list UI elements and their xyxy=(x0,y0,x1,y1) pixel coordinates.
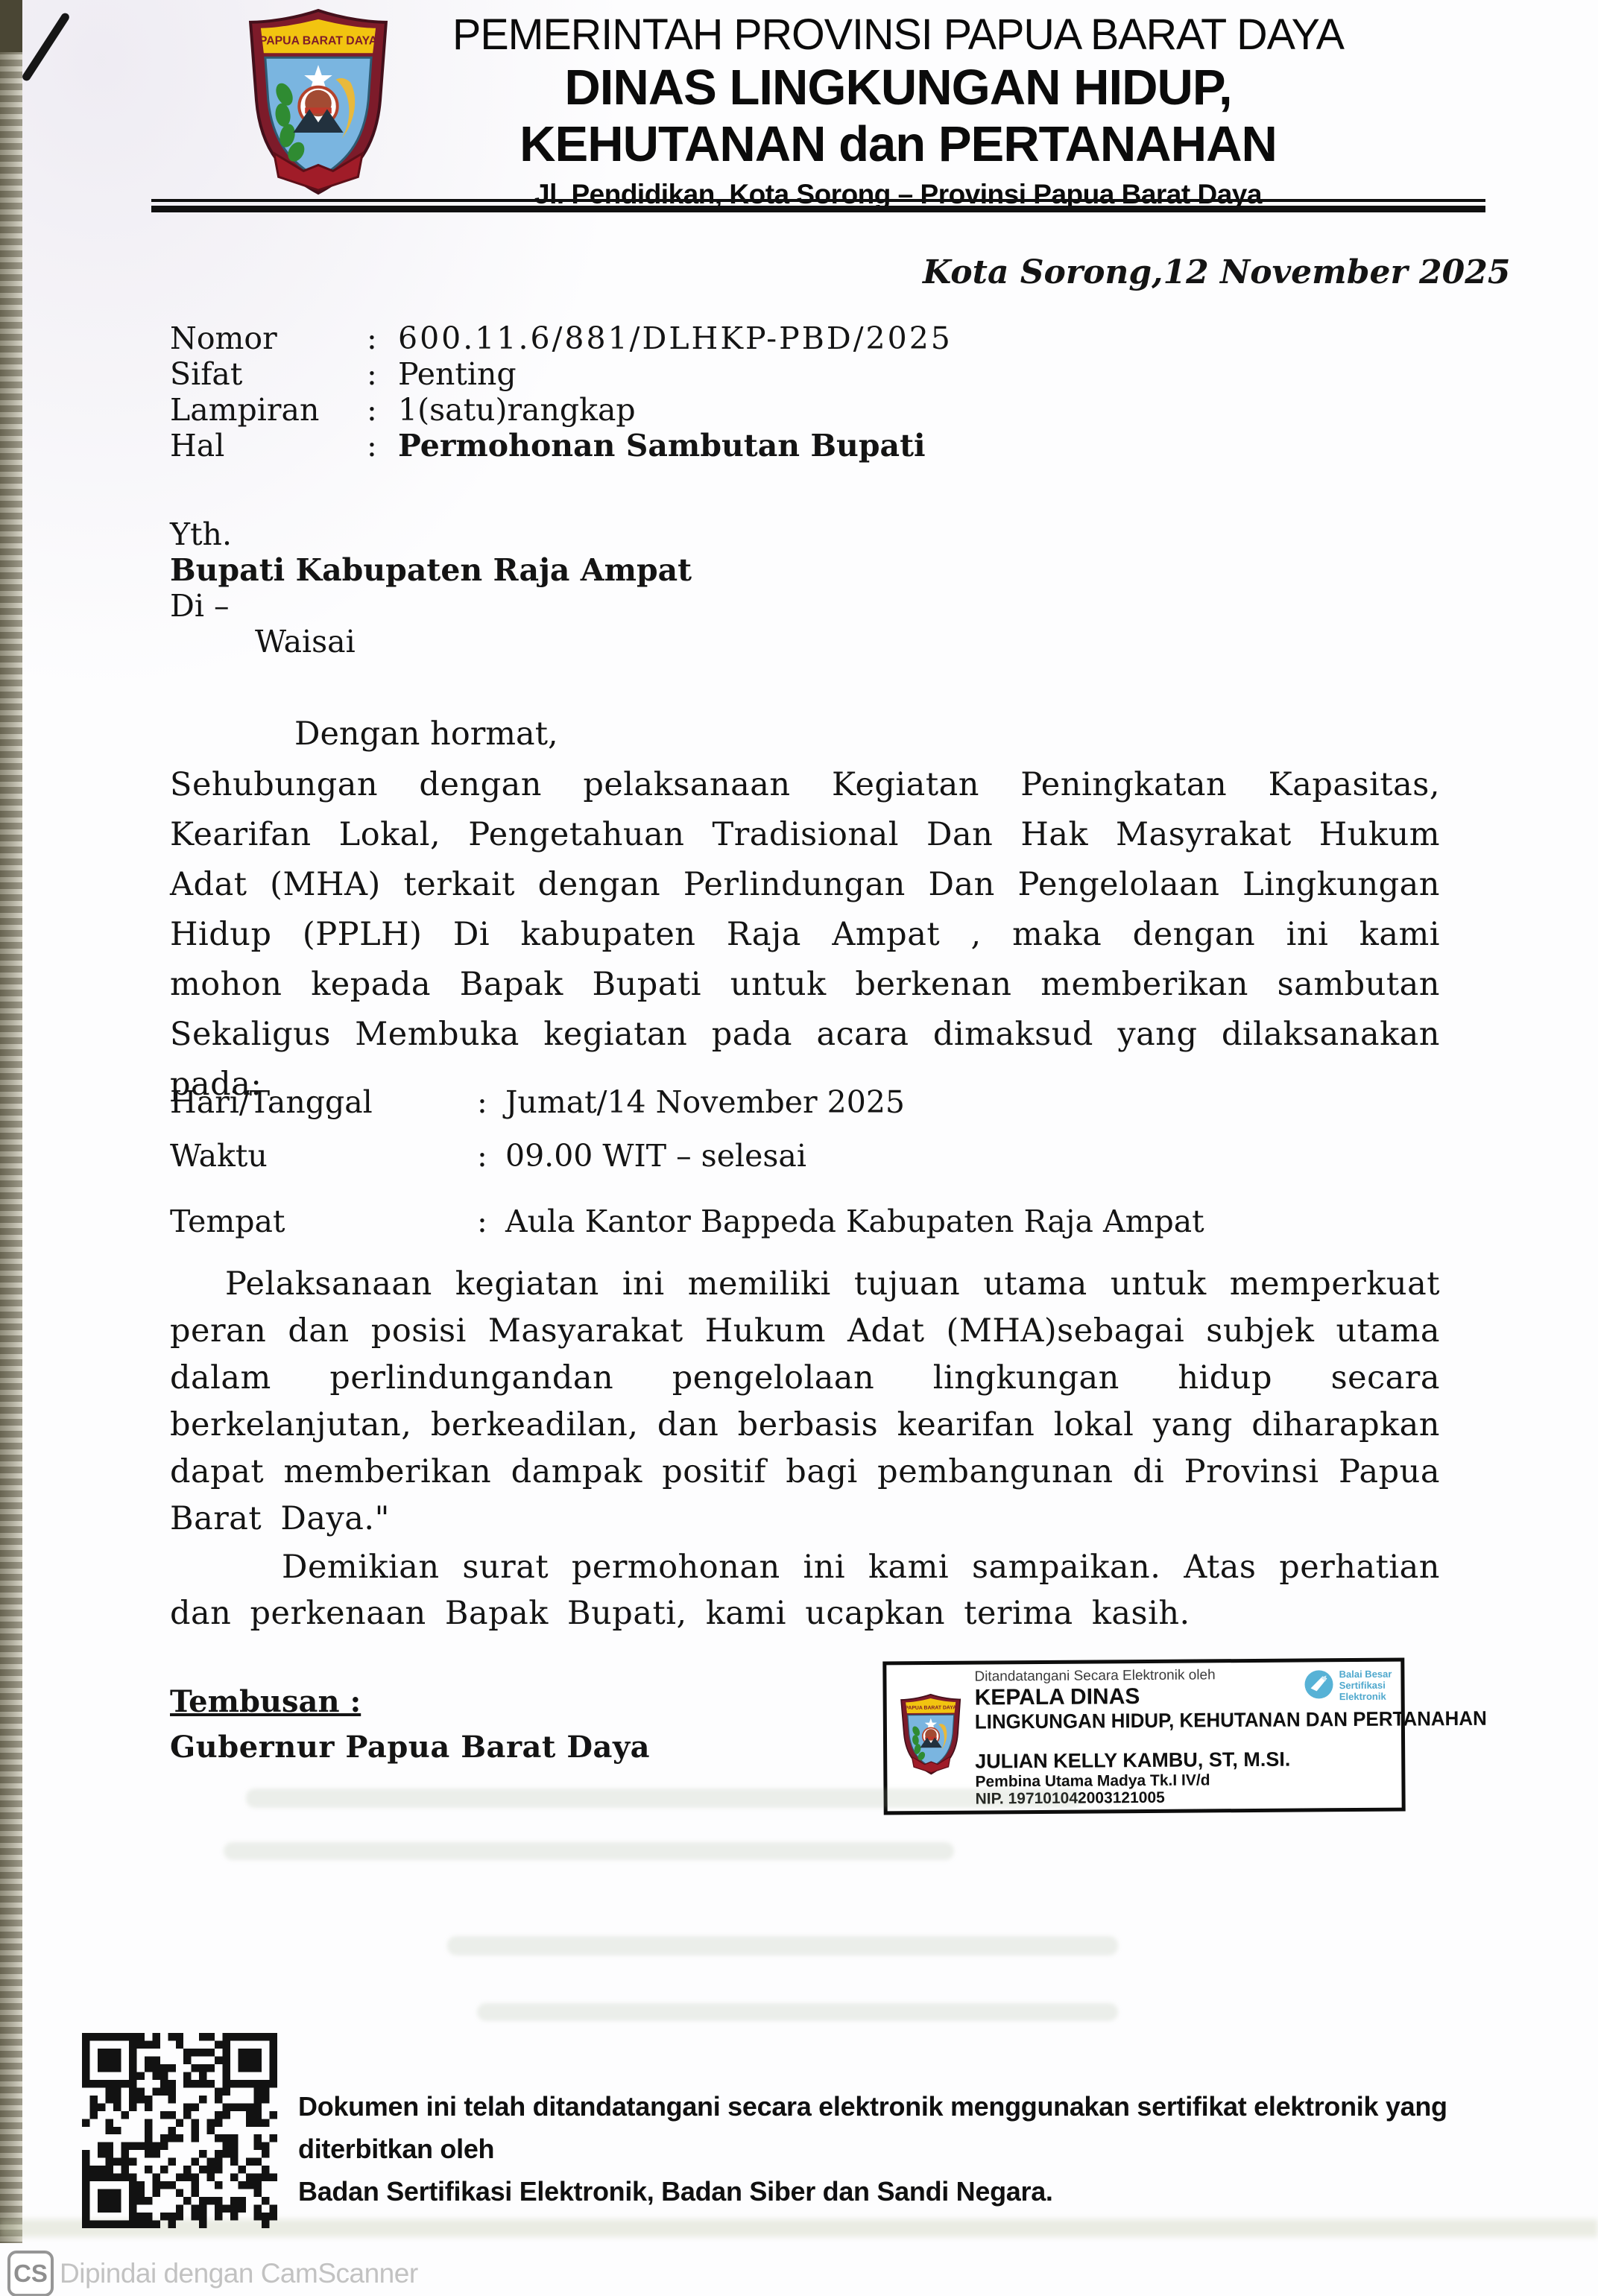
scan-corner-artifact xyxy=(0,0,22,52)
meta-sep: : xyxy=(367,428,398,464)
schedule-row-day: Hari/Tanggal : Jumat/14 November 2025 xyxy=(170,1084,1204,1120)
meta-label: Lampiran xyxy=(170,392,367,428)
stamp-crest-logo xyxy=(899,1689,964,1782)
meta-value: 600.11.6/881/DLHKP-PBD/2025 xyxy=(398,320,953,356)
recipient-salutation: Yth. xyxy=(170,516,692,552)
meta-sep: : xyxy=(367,320,398,356)
camscanner-icon: CS xyxy=(7,2251,54,2296)
greeting: Dengan hormat, xyxy=(294,715,558,753)
bleed-through-artifact xyxy=(477,2003,1118,2021)
meta-row-nomor: Nomor : 600.11.6/881/DLHKP-PBD/2025 xyxy=(170,320,953,356)
place-date: Kota Sorong,12 November 2025 xyxy=(923,253,1510,291)
meta-sep: : xyxy=(367,392,398,428)
schedule-label: Tempat xyxy=(170,1204,477,1239)
schedule-sep: : xyxy=(477,1138,505,1174)
stamp-office-line2: LINGKUNGAN HIDUP, KEHUTANAN DAN PERTANAH… xyxy=(975,1708,1380,1734)
schedule-value: 09.00 WIT – selesai xyxy=(505,1138,1204,1174)
event-schedule: Hari/Tanggal : Jumat/14 November 2025 Wa… xyxy=(170,1084,1204,1239)
bsre-caption-line: Sertifikasi xyxy=(1339,1680,1392,1691)
bleed-through-artifact xyxy=(224,1842,954,1860)
bsre-caption: Balai Besar Sertifikasi Elektronik xyxy=(1339,1669,1392,1702)
recipient-block: Yth. Bupati Kabupaten Raja Ampat Di – Wa… xyxy=(170,516,692,660)
recipient-di: Di – xyxy=(170,588,692,624)
schedule-row-time: Waktu : 09.00 WIT – selesai xyxy=(170,1138,1204,1174)
bleed-through-artifact xyxy=(246,1789,1081,1808)
schedule-sep: : xyxy=(477,1084,505,1120)
body-paragraph-2: Pelaksanaan kegiatan ini memiliki tujuan… xyxy=(170,1261,1440,1543)
meta-label: Sifat xyxy=(170,356,367,392)
meta-label: Nomor xyxy=(170,320,367,356)
bsre-caption-line: Elektronik xyxy=(1339,1691,1392,1702)
stamp-signer-name: JULIAN KELLY KAMBU, ST, M.SI. xyxy=(975,1748,1397,1774)
scanned-letter-page: PEMERINTAH PROVINSI PAPUA BARAT DAYA DIN… xyxy=(0,0,1598,2296)
schedule-row-place: Tempat : Aula Kantor Bappeda Kabupaten R… xyxy=(170,1204,1204,1239)
closing-paragraph: Demikian surat permohonan ini kami sampa… xyxy=(170,1544,1440,1636)
bleed-through-artifact xyxy=(447,1936,1118,1955)
bsre-caption-line: Balai Besar xyxy=(1339,1669,1392,1680)
meta-label: Hal xyxy=(170,428,367,464)
bsre-icon xyxy=(1304,1669,1335,1700)
recipient-name: Bupati Kabupaten Raja Ampat xyxy=(170,552,692,588)
meta-row-lampiran: Lampiran : 1(satu)rangkap xyxy=(170,392,953,428)
letterhead-agency-line2: KEHUTANAN dan PERTANAHAN xyxy=(261,116,1535,173)
tembusan-item: Gubernur Papua Barat Daya xyxy=(170,1730,650,1765)
meta-row-hal: Hal : Permohonan Sambutan Bupati xyxy=(170,428,953,464)
letterhead-rule-thick xyxy=(151,206,1485,212)
letterhead: PEMERINTAH PROVINSI PAPUA BARAT DAYA DIN… xyxy=(261,10,1535,210)
meta-row-sifat: Sifat : Penting xyxy=(170,356,953,392)
esign-disclaimer-line1: Dokumen ini telah ditandatangani secara … xyxy=(298,2085,1588,2170)
camscanner-label: Dipindai dengan CamScanner xyxy=(60,2258,418,2289)
esign-disclaimer-line2: Badan Sertifikasi Elektronik, Badan Sibe… xyxy=(298,2170,1588,2213)
letterhead-rule-thin xyxy=(151,199,1485,202)
schedule-label: Hari/Tanggal xyxy=(170,1084,477,1120)
letterhead-agency-line1: DINAS LINGKUNGAN HIDUP, xyxy=(261,60,1535,116)
schedule-value: Aula Kantor Bappeda Kabupaten Raja Ampat xyxy=(505,1204,1204,1239)
meta-value: Penting xyxy=(398,356,953,392)
tembusan-block: Tembusan : Gubernur Papua Barat Daya xyxy=(170,1684,650,1765)
tembusan-label: Tembusan : xyxy=(170,1684,650,1719)
qr-code xyxy=(82,2033,277,2228)
schedule-label: Waktu xyxy=(170,1138,477,1174)
schedule-sep: : xyxy=(477,1204,505,1239)
scan-edge-artifact xyxy=(0,0,22,2243)
esign-disclaimer: Dokumen ini telah ditandatangani secara … xyxy=(298,2085,1588,2213)
schedule-value: Jumat/14 November 2025 xyxy=(505,1084,1204,1120)
meta-value: Permohonan Sambutan Bupati xyxy=(398,428,953,464)
meta-value: 1(satu)rangkap xyxy=(398,392,953,428)
bsre-mark: Balai Besar Sertifikasi Elektronik xyxy=(1304,1669,1392,1703)
meta-sep: : xyxy=(367,356,398,392)
letter-meta: Nomor : 600.11.6/881/DLHKP-PBD/2025 Sifa… xyxy=(170,320,953,464)
letterhead-government: PEMERINTAH PROVINSI PAPUA BARAT DAYA xyxy=(268,10,1529,60)
body-paragraph-1: Sehubungan dengan pelaksanaan Kegiatan P… xyxy=(170,760,1440,1110)
recipient-city: Waisai xyxy=(170,624,692,660)
pen-mark xyxy=(21,12,71,83)
